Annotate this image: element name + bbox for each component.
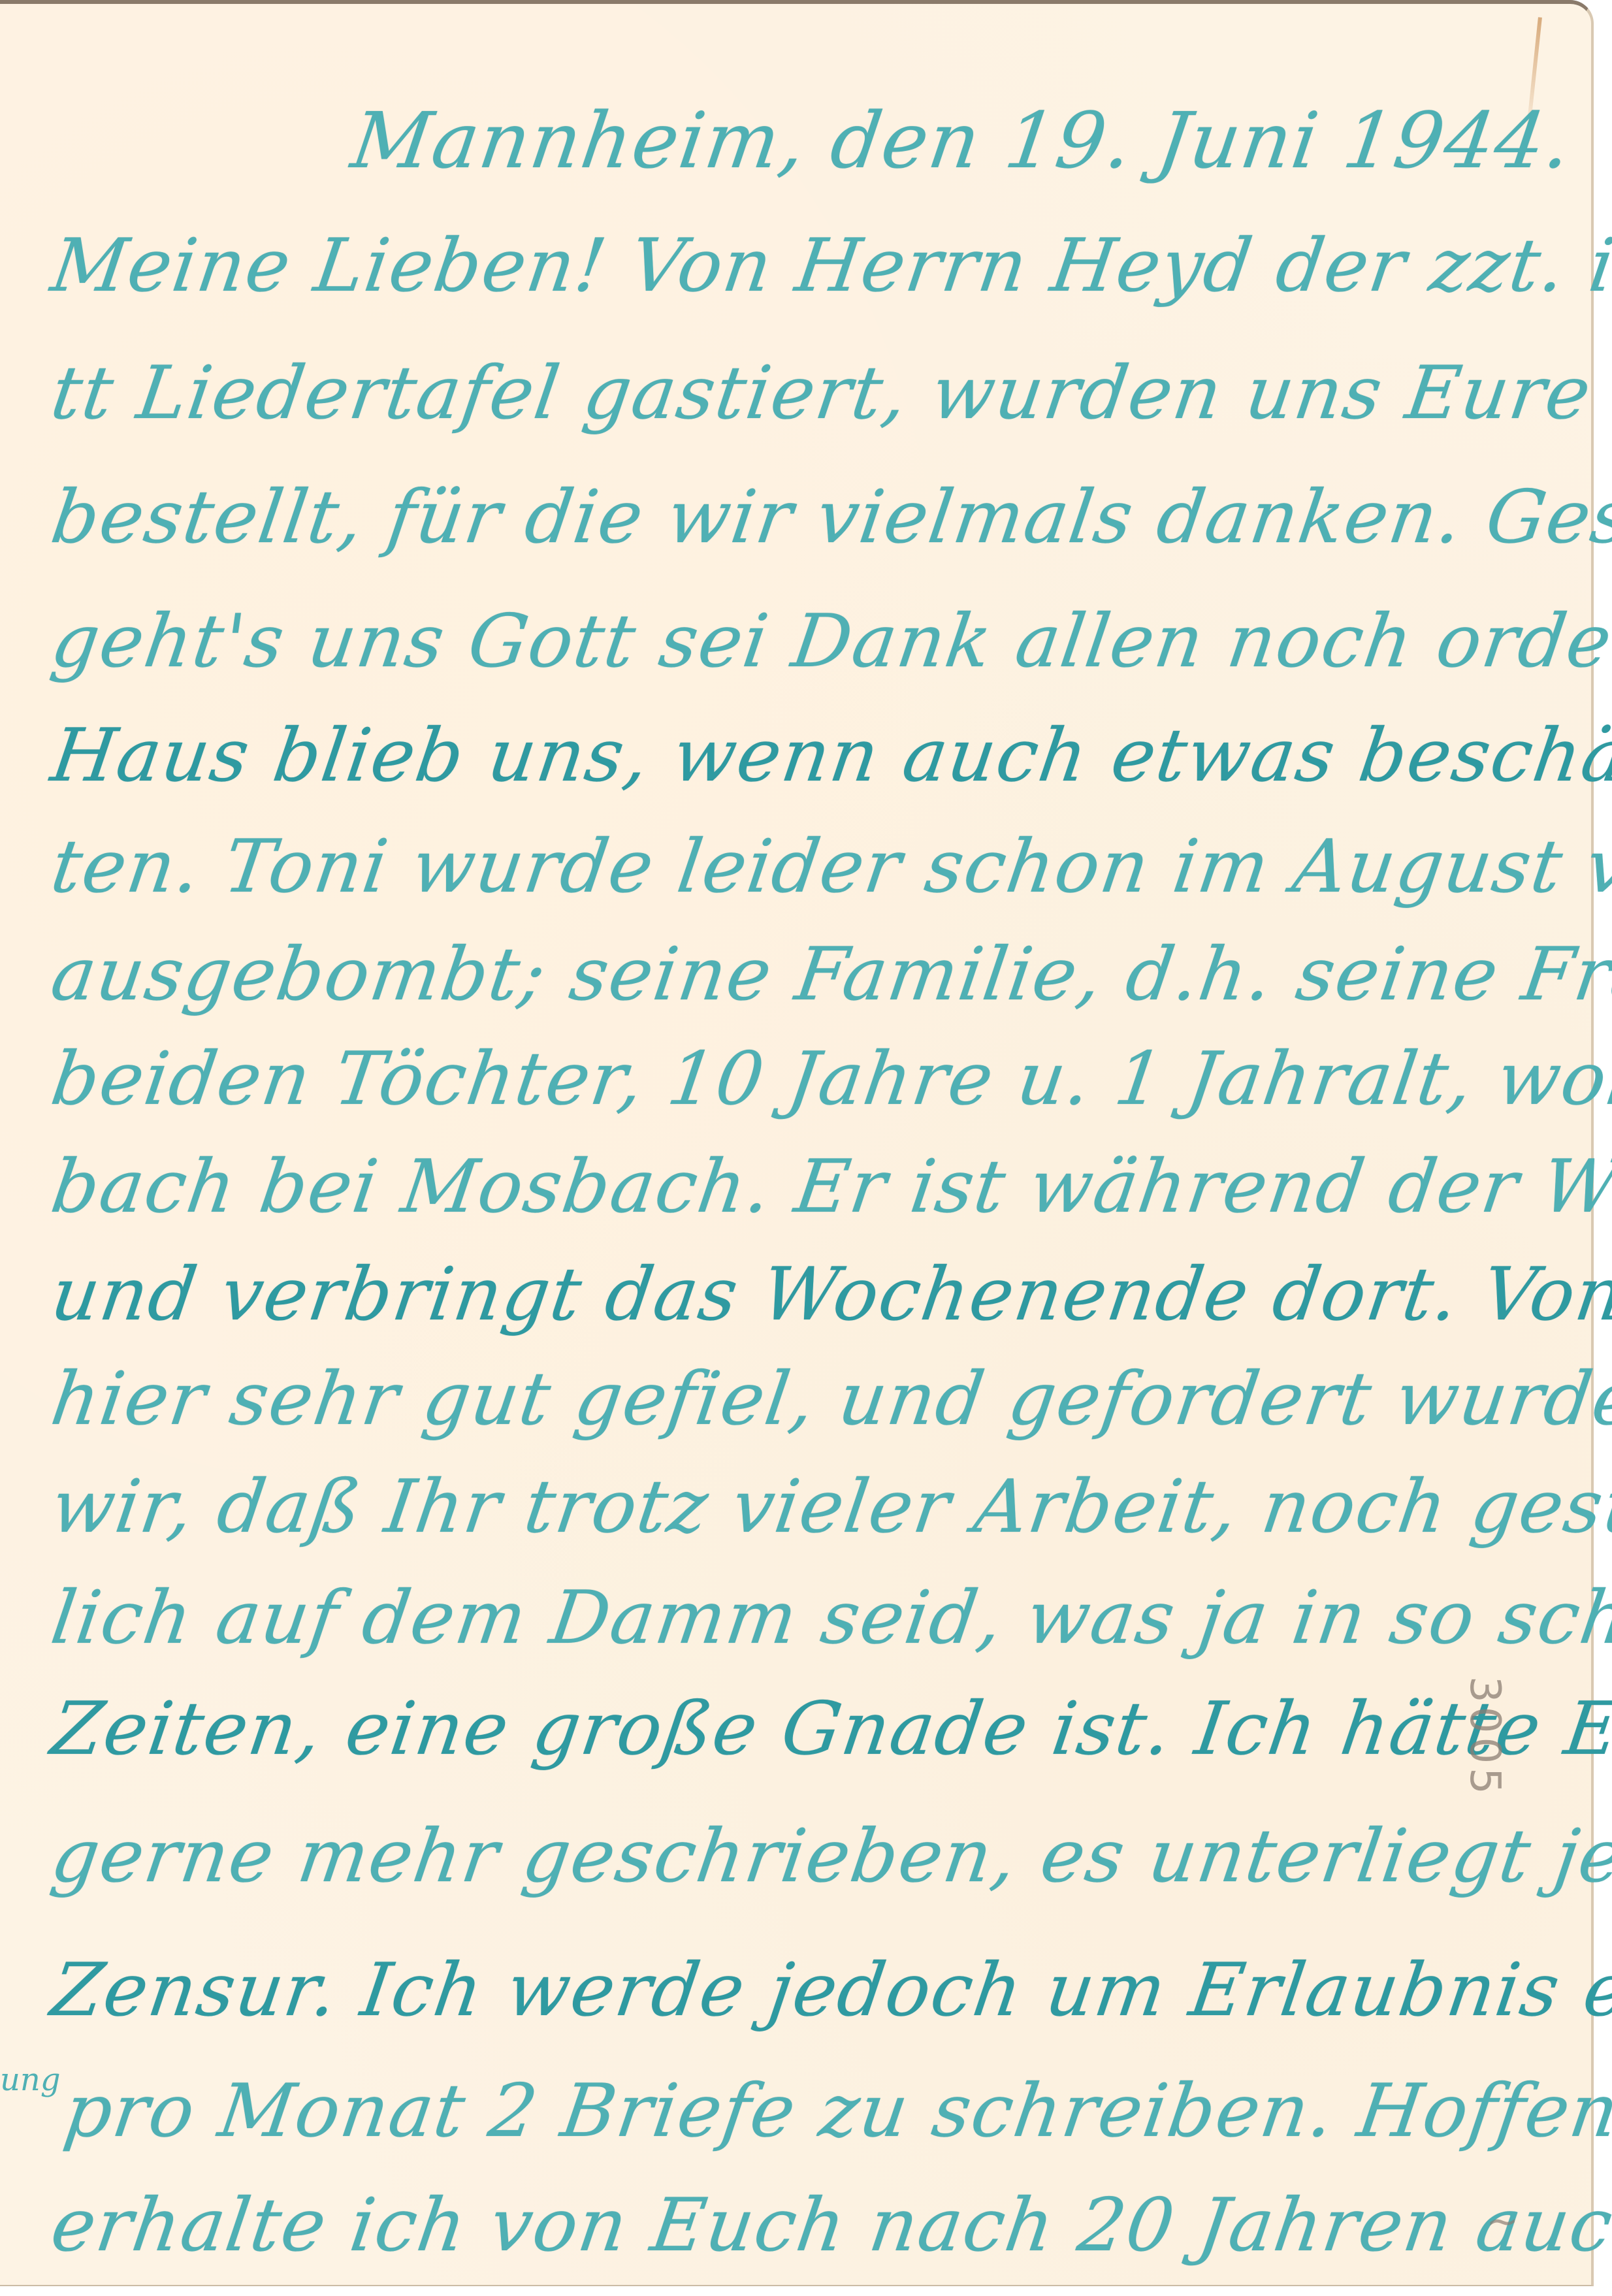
letter-line-15: gerne mehr geschrieben, es unterliegt je… bbox=[47, 1820, 1612, 1893]
letter-line-2: tt Liedertafel gastiert, wurden uns Eure… bbox=[47, 357, 1612, 430]
letter-line-4: geht's uns Gott sei Dank allen noch orde… bbox=[47, 605, 1612, 678]
letter-line-17: pro Monat 2 Briefe zu schreiben. Hoffent… bbox=[60, 2075, 1612, 2148]
letter-line-13: lich auf dem Damm seid, was ja in so sch… bbox=[47, 1581, 1612, 1655]
letter-line-6: ten. Toni wurde leider schon im August v… bbox=[47, 830, 1612, 903]
letter-line-11: hier sehr gut gefiel, und gefordert wurd… bbox=[47, 1363, 1612, 1436]
letter-line-5: Haus blieb uns, wenn auch etwas beschädi… bbox=[47, 719, 1612, 792]
letter-line-10: und verbringt das Wochenende dort. Von H… bbox=[47, 1258, 1612, 1331]
pencil-annotation: 3005 bbox=[1460, 1676, 1509, 1798]
letter-page: Mannheim, den 19. Juni 1944. Meine Liebe… bbox=[0, 0, 1594, 2286]
letter-line-7: ausgebombt; seine Familie, d.h. seine Fr… bbox=[47, 938, 1612, 1011]
letter-line-18: erhalte ich von Euch nach 20 Jahren auch bbox=[47, 2189, 1612, 2262]
letter-line-12: wir, daß Ihr trotz vieler Arbeit, noch g… bbox=[47, 1470, 1612, 1544]
letter-header-date: Mannheim, den 19. Juni 1944. bbox=[347, 102, 1577, 179]
margin-note: ung bbox=[0, 2062, 61, 2098]
letter-line-16: Zensur. Ich werde jedoch um Erlaubnis ei… bbox=[47, 1954, 1612, 2027]
letter-line-9: bach bei Mosbach. Er ist während der Woc… bbox=[47, 1150, 1612, 1223]
letter-line-3: bestellt, für die wir vielmals danken. G… bbox=[47, 481, 1612, 554]
letter-line-1: Meine Lieben! Von Herrn Heyd der zzt. im… bbox=[47, 229, 1612, 302]
continuation-mark: ~ bbox=[1486, 2199, 1519, 2244]
letter-line-8: beiden Töchter, 10 Jahre u. 1 Jahralt, w… bbox=[47, 1043, 1612, 1116]
letter-line-14: Zeiten, eine große Gnade ist. Ich hätte … bbox=[47, 1692, 1612, 1766]
